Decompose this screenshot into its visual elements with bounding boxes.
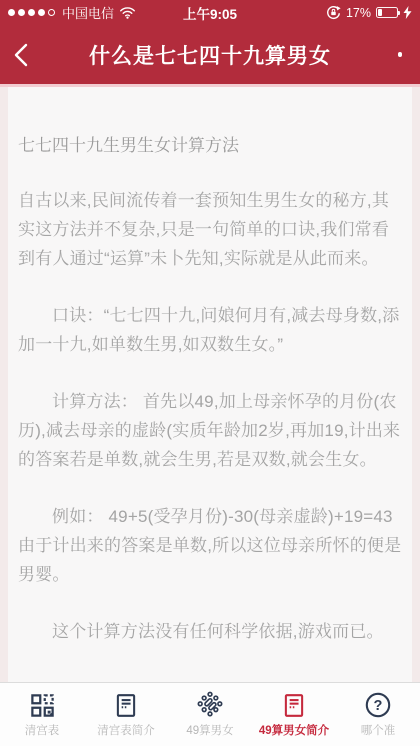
- charging-bolt-icon: [403, 6, 412, 19]
- battery-percent-label: 17%: [346, 6, 371, 20]
- tab-label: 49算男女简介: [259, 722, 329, 738]
- status-right-group: 17%: [326, 5, 412, 20]
- article-paragraph: 自古以来,民间流传着一套预知生男生女的秘方,其实这方法并不复杂,只是一句简单的口…: [18, 186, 402, 273]
- tab-label: 清宫表: [25, 722, 60, 738]
- qr-grid-icon: [29, 690, 56, 720]
- scattered-dots-icon: [196, 690, 224, 720]
- article-scroll-area[interactable]: 七七四十九生男生女计算方法 自古以来,民间流传着一套预知生男生女的秘方,其实这方…: [0, 87, 420, 682]
- tab-label: 清宫表简介: [97, 722, 155, 738]
- tab-label: 哪个准: [361, 722, 396, 738]
- back-chevron-icon: [14, 43, 28, 67]
- article-heading: 七七四十九生男生女计算方法: [18, 131, 402, 160]
- page-title: 什么是七七四十九算男女: [50, 40, 370, 70]
- bottom-tab-bar: 清宫表 清宫表简介: [0, 682, 420, 746]
- tab-qinggong-intro[interactable]: 清宫表简介: [84, 683, 168, 746]
- tab-which-accurate[interactable]: ? 哪个准: [336, 683, 420, 746]
- back-button[interactable]: [14, 38, 44, 72]
- more-button[interactable]: [394, 38, 407, 72]
- article-body: 七七四十九生男生女计算方法 自古以来,民间流传着一套预知生男生女的秘方,其实这方…: [18, 131, 402, 646]
- tab-49-calc-intro[interactable]: 49算男女简介: [252, 683, 336, 746]
- battery-icon: [376, 7, 398, 18]
- more-ellipsis-icon: [398, 52, 403, 57]
- tab-49-calc[interactable]: 49算男女: [168, 683, 252, 746]
- phone-screen: 中国电信 上午9:05 17%: [0, 0, 420, 746]
- nav-bar: 什么是七七四十九算男女: [0, 25, 420, 84]
- article-paragraph: 口诀：“七七四十九,问娘何月有,减去母身数,添加一十九,如单数生男,如双数生女。…: [18, 301, 402, 359]
- document-icon: [113, 690, 139, 720]
- wifi-icon: [119, 6, 136, 19]
- tab-qinggong-table[interactable]: 清宫表: [0, 683, 84, 746]
- rotation-lock-icon: [326, 5, 341, 20]
- carrier-label: 中国电信: [62, 3, 114, 22]
- article-paragraph: 这个计算方法没有任何科学依据,游戏而已。: [18, 617, 402, 646]
- article-paragraph: 计算方法： 首先以49,加上母亲怀孕的月份(农历),减去母亲的虚龄(实质年龄加2…: [18, 387, 402, 474]
- signal-dots-icon: [8, 9, 55, 16]
- status-bar: 中国电信 上午9:05 17%: [0, 0, 420, 25]
- question-circle-icon: ?: [364, 690, 392, 720]
- document-icon: [281, 690, 307, 720]
- status-left-group: 中国电信: [8, 3, 136, 22]
- article-paragraph: 例如： 49+5(受孕月份)-30(母亲虚龄)+19=43由于计出来的答案是单数…: [18, 502, 402, 589]
- svg-text:?: ?: [374, 698, 383, 714]
- article-card: 七七四十九生男生女计算方法 自古以来,民间流传着一套预知生男生女的秘方,其实这方…: [8, 87, 412, 682]
- tab-label: 49算男女: [186, 722, 233, 738]
